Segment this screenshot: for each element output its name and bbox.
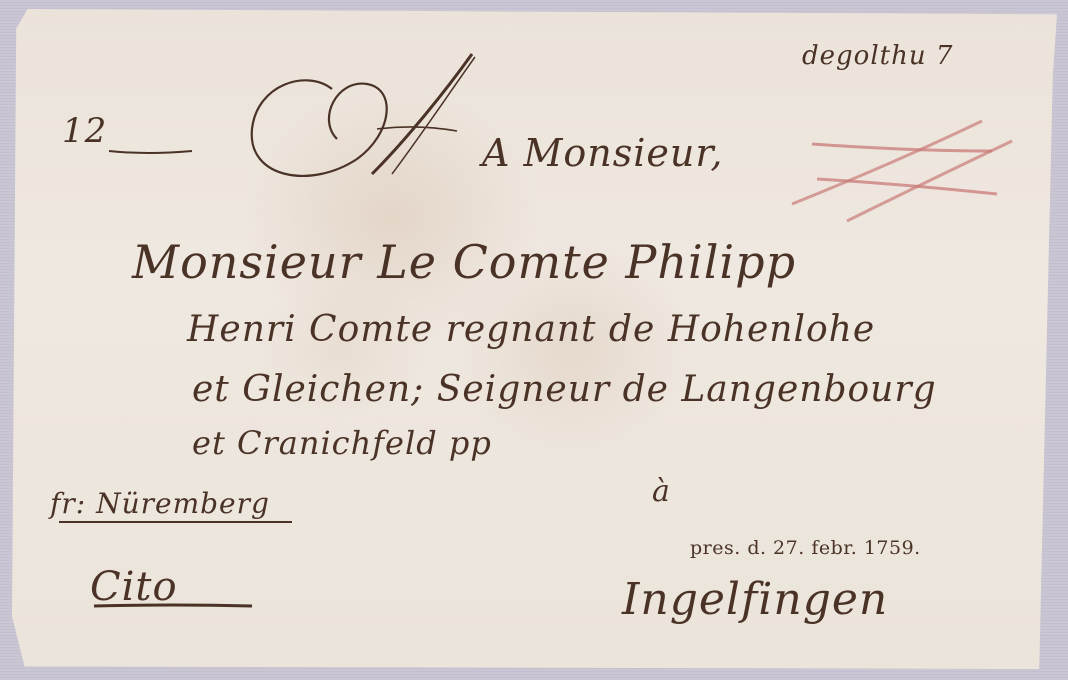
flourish-capital-a (217, 49, 477, 209)
address-line-4: et Cranichfeld pp (192, 424, 492, 462)
cito-underline (92, 602, 262, 610)
destination: Ingelfingen (622, 574, 888, 625)
scanner-background: 12 degolthu 7 A Monsieur, Monsieur Le Co… (0, 0, 1068, 680)
top-left-number: 12 (62, 111, 107, 151)
letter-cover: 12 degolthu 7 A Monsieur, Monsieur Le Co… (12, 9, 1057, 669)
preposition: à (652, 474, 671, 509)
address-line-1: Monsieur Le Comte Philipp (132, 235, 796, 289)
address-line-3: et Gleichen; Seigneur de Langenbourg (192, 369, 937, 410)
routing-via: fr: Nüremberg (50, 487, 270, 520)
top-left-dash (107, 147, 197, 157)
routing-underline (57, 519, 297, 525)
docket-date: pres. d. 27. febr. 1759. (690, 537, 921, 559)
red-crayon-mark (792, 109, 1022, 229)
address-line-2: Henri Comte regnant de Hohenlohe (187, 309, 875, 350)
top-right-note: degolthu 7 (802, 41, 953, 71)
salutation: A Monsieur, (482, 131, 723, 175)
